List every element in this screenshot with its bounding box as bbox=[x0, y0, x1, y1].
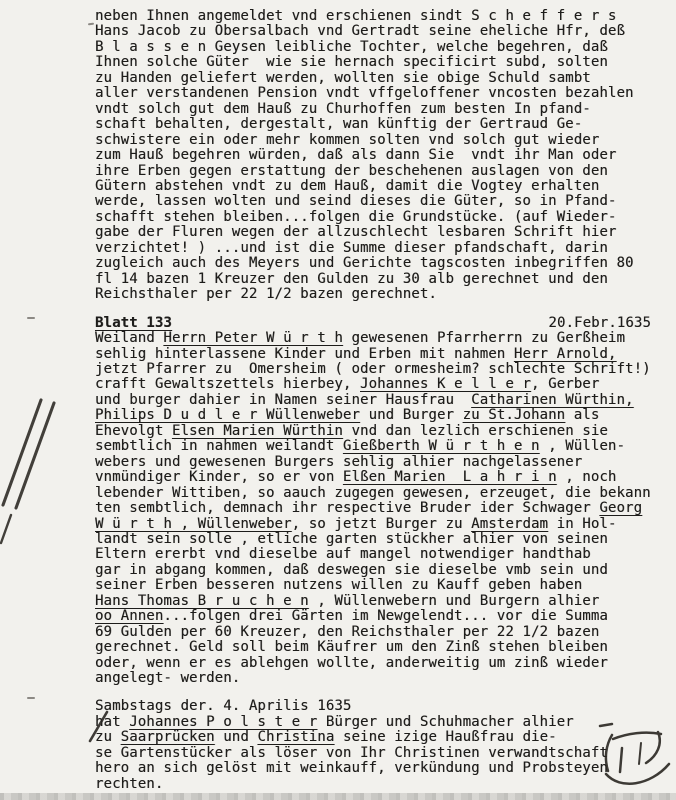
scan-speck bbox=[27, 317, 35, 319]
text-segment: zu Handen geliefert werden, wollten sie … bbox=[95, 70, 591, 86]
text-segment: Amsterdam bbox=[471, 516, 548, 532]
text-line: schafft stehen bleiben...folgen die Grun… bbox=[95, 210, 651, 225]
text-segment: schwistere ein oder mehr kommen solten v… bbox=[95, 132, 599, 148]
text-segment: , noch bbox=[557, 469, 617, 485]
text-line: verzichtet! ) ...und ist die Summe diese… bbox=[95, 241, 651, 256]
text-line: fl 14 bazen 1 Kreuzer den Gulden zu 30 a… bbox=[95, 272, 651, 287]
text-segment: aller verstandenen Pension vndt vffgelof… bbox=[95, 85, 634, 101]
text-segment: ten sembtlich, demnach ihr respective Br… bbox=[95, 500, 599, 516]
text-line: W ü r t h , Wüllenweber, so jetzt Burger… bbox=[95, 517, 651, 532]
text-segment: ihre Erben gegen erstattung der beschehe… bbox=[95, 163, 608, 179]
text-segment: Gütern abstehen vndt zu dem Hauß, damit … bbox=[95, 178, 599, 194]
text-line: gabe der Fluren wegen der allzuschlecht … bbox=[95, 225, 651, 240]
text-segment: angelegt- werden. bbox=[95, 670, 240, 686]
text-line: schaft behalten, dergestalt, wan künftig… bbox=[95, 117, 651, 132]
text-segment: Eltern ererbt vnd dieselbe auf mangel no… bbox=[95, 546, 591, 562]
text-segment: seiner Erben besseren nutzens willen zu … bbox=[95, 577, 582, 593]
text-segment: Philips D u d l e r Wüllenweber bbox=[95, 407, 360, 423]
text-line: Hans Jacob zu Obersalbach vnd Gertradt s… bbox=[95, 24, 651, 39]
text-segment: in Hol- bbox=[548, 516, 616, 532]
scan-speck bbox=[88, 23, 94, 26]
text-line: Eltern ererbt vnd dieselbe auf mangel no… bbox=[95, 547, 651, 562]
text-segment: hero an sich gelöst mit weinkauff, verkü… bbox=[95, 760, 608, 776]
text-segment: vndt solch gut dem Hauß zu Churhoffen zu… bbox=[95, 101, 591, 117]
text-segment: Johannes P o l s t e r bbox=[129, 714, 317, 730]
text-segment: Saarprücken bbox=[121, 729, 215, 745]
text-line: gerechnet. Geld soll beim Käufrer um den… bbox=[95, 640, 651, 655]
text-segment: 69 Gulden per 60 Kreuzer, den Reichsthal… bbox=[95, 624, 599, 640]
text-segment: , Wüllen- bbox=[540, 438, 626, 454]
text-segment: Sambstags der. 4. Aprilis 1635 bbox=[95, 698, 351, 714]
text-segment: Gießberth W ü r t h e n bbox=[343, 438, 540, 454]
text-segment: B l a s s e n Geysen leibliche Tochter, … bbox=[95, 39, 608, 55]
text-line: aller verstandenen Pension vndt vffgelof… bbox=[95, 86, 651, 101]
text-segment: webers und gewesenen Burgers sehlig alhi… bbox=[95, 454, 582, 470]
text-segment: Elßen Marien L a h r i n bbox=[343, 469, 557, 485]
text-segment: Christina bbox=[257, 729, 334, 745]
text-segment: zu St.Johann bbox=[463, 407, 566, 423]
text-segment: Georg bbox=[599, 500, 642, 516]
entry-heading: Blatt 13320.Febr.1635 bbox=[95, 316, 651, 331]
text-segment: gerechnet. Geld soll beim Käufrer um den… bbox=[95, 639, 608, 655]
text-segment: verzichtet! ) ...und ist die Summe diese… bbox=[95, 240, 608, 256]
text-line: sembtlich in nahmen weilandt Gießberth W… bbox=[95, 439, 651, 454]
text-line: vnmündiger Kinder, so er von Elßen Marie… bbox=[95, 470, 651, 485]
scan-speck bbox=[27, 697, 35, 699]
text-segment: Weiland bbox=[95, 330, 163, 346]
blatt-number: Blatt 133 bbox=[95, 316, 172, 331]
text-segment: Herr Arnold, bbox=[514, 346, 617, 362]
text-line: zu Handen geliefert werden, wollten sie … bbox=[95, 71, 651, 86]
text-line: Reichsthaler per 22 1/2 bazen gerechnet. bbox=[95, 287, 651, 302]
text-line: landt sein solle , etliche garten stückh… bbox=[95, 532, 651, 547]
text-line: neben Ihnen angemeldet vnd erschienen si… bbox=[95, 9, 651, 24]
text-segment: , Wüllenwebern und Burgern alhier bbox=[309, 593, 600, 609]
text-segment: oo Annen bbox=[95, 608, 163, 624]
text-segment: landt sein solle , etliche garten stückh… bbox=[95, 531, 608, 547]
text-line: gar in abgang kommen, daß deswegen sie d… bbox=[95, 563, 651, 578]
text-line: zu Saarprücken und Christina seine izige… bbox=[95, 730, 651, 745]
text-segment: Herrn Peter W ü r t h bbox=[163, 330, 343, 346]
text-segment: als bbox=[565, 407, 599, 423]
text-segment: seine izige Haußfrau die- bbox=[334, 729, 556, 745]
document-page: neben Ihnen angemeldet vnd erschienen si… bbox=[0, 0, 676, 800]
text-line: werde, lassen wolten und seind dieses di… bbox=[95, 194, 651, 209]
text-segment: lebender Wittiben, so aauch zugegen gewe… bbox=[95, 485, 651, 501]
text-line: oder, wenn er es ablehgen wollte, anderw… bbox=[95, 656, 651, 671]
text-line: rechten. bbox=[95, 777, 651, 792]
text-line: sehlig hinterlassene Kinder und Erben mi… bbox=[95, 347, 651, 362]
text-segment: Elsen Marien Würthin bbox=[172, 423, 343, 439]
text-segment: neben Ihnen angemeldet vnd erschienen si… bbox=[95, 8, 616, 24]
document-body: neben Ihnen angemeldet vnd erschienen si… bbox=[95, 9, 651, 792]
text-line: webers und gewesenen Burgers sehlig alhi… bbox=[95, 455, 651, 470]
text-line: ten sembtlich, demnach ihr respective Br… bbox=[95, 501, 651, 516]
text-line: und burger dahier in Namen seiner Hausfr… bbox=[95, 393, 651, 408]
text-segment: , so jetzt Burger zu bbox=[292, 516, 472, 532]
text-line: Gütern abstehen vndt zu dem Hauß, damit … bbox=[95, 179, 651, 194]
text-segment: Hans Jacob zu Obersalbach vnd Gertradt s… bbox=[95, 23, 625, 39]
text-segment: hat bbox=[95, 714, 129, 730]
text-line: se Gartenstücker als löser von Ihr Chris… bbox=[95, 746, 651, 761]
text-segment: Ihnen solche Güter wie sie hernach speci… bbox=[95, 54, 608, 70]
text-segment: und bbox=[215, 729, 258, 745]
text-segment: gewesenen Pfarrherrn zu Gerßheim bbox=[343, 330, 625, 346]
text-segment: gar in abgang kommen, daß deswegen sie d… bbox=[95, 562, 608, 578]
text-segment: crafft Gewaltszettels hierbey, bbox=[95, 376, 360, 392]
text-line: hat Johannes P o l s t e r Bürger und Sc… bbox=[95, 715, 651, 730]
text-line: Sambstags der. 4. Aprilis 1635 bbox=[95, 699, 651, 714]
text-segment: schaft behalten, dergestalt, wan künftig… bbox=[95, 116, 582, 132]
text-segment: und Burger bbox=[360, 407, 463, 423]
text-line: angelegt- werden. bbox=[95, 671, 651, 686]
text-segment: werde, lassen wolten und seind dieses di… bbox=[95, 193, 616, 209]
text-line: oo Annen...folgen drei Gärten im Newgele… bbox=[95, 609, 651, 624]
text-line: lebender Wittiben, so aauch zugegen gewe… bbox=[95, 486, 651, 501]
text-segment: vnd dan lezlich erschienen sie bbox=[343, 423, 608, 439]
text-segment: jetzt Pfarrer zu Omersheim ( oder ormesh… bbox=[95, 361, 651, 377]
text-segment: Catharinen Würthin, bbox=[471, 392, 633, 408]
text-segment: Bürger und Schuhmacher alhier bbox=[317, 714, 573, 730]
text-line: Hans Thomas B r u c h e n , Wüllenwebern… bbox=[95, 594, 651, 609]
text-segment: zum Hauß begehren würden, daß als dann S… bbox=[95, 147, 616, 163]
text-line: zum Hauß begehren würden, daß als dann S… bbox=[95, 148, 651, 163]
text-segment: zugleich auch des Meyers und Gerichte ta… bbox=[95, 255, 634, 271]
text-line: seiner Erben besseren nutzens willen zu … bbox=[95, 578, 651, 593]
text-segment: fl 14 bazen 1 Kreuzer den Gulden zu 30 a… bbox=[95, 271, 608, 287]
text-line: Philips D u d l e r Wüllenweber und Burg… bbox=[95, 408, 651, 423]
text-line: 69 Gulden per 60 Kreuzer, den Reichsthal… bbox=[95, 625, 651, 640]
text-line: schwistere ein oder mehr kommen solten v… bbox=[95, 133, 651, 148]
scanner-edge-band bbox=[0, 793, 676, 800]
text-line: Ihnen solche Güter wie sie hernach speci… bbox=[95, 55, 651, 70]
text-segment: ...folgen drei Gärten im Newgelendt... v… bbox=[163, 608, 608, 624]
text-segment: rechten. bbox=[95, 776, 163, 792]
text-segment: vnmündiger Kinder, so er von bbox=[95, 469, 343, 485]
paragraph-gap bbox=[95, 303, 651, 316]
text-segment: sehlig hinterlassene Kinder und Erben mi… bbox=[95, 346, 514, 362]
text-segment: oder, wenn er es ablehgen wollte, anderw… bbox=[95, 655, 608, 671]
text-line: Weiland Herrn Peter W ü r t h gewesenen … bbox=[95, 331, 651, 346]
text-segment: Johannes K e l l e r bbox=[360, 376, 531, 392]
text-segment: Reichsthaler per 22 1/2 bazen gerechnet. bbox=[95, 286, 437, 302]
text-line: vndt solch gut dem Hauß zu Churhoffen zu… bbox=[95, 102, 651, 117]
text-line: hero an sich gelöst mit weinkauff, verkü… bbox=[95, 761, 651, 776]
text-segment: , Gerber bbox=[531, 376, 599, 392]
text-line: crafft Gewaltszettels hierbey, Johannes … bbox=[95, 377, 651, 392]
text-line: Ehevolgt Elsen Marien Würthin vnd dan le… bbox=[95, 424, 651, 439]
text-line: zugleich auch des Meyers und Gerichte ta… bbox=[95, 256, 651, 271]
text-line: B l a s s e n Geysen leibliche Tochter, … bbox=[95, 40, 651, 55]
entry-date: 20.Febr.1635 bbox=[548, 316, 651, 331]
margin-double-slash-mark bbox=[1, 400, 54, 543]
text-segment: zu bbox=[95, 729, 121, 745]
text-line: ihre Erben gegen erstattung der beschehe… bbox=[95, 164, 651, 179]
text-segment: Ehevolgt bbox=[95, 423, 172, 439]
text-segment: gabe der Fluren wegen der allzuschlecht … bbox=[95, 224, 616, 240]
text-segment: se Gartenstücker als löser von Ihr Chris… bbox=[95, 745, 608, 761]
text-segment: sembtlich in nahmen weilandt bbox=[95, 438, 343, 454]
text-segment: schafft stehen bleiben...folgen die Grun… bbox=[95, 209, 616, 225]
text-segment: und burger dahier in Namen seiner Hausfr… bbox=[95, 392, 471, 408]
text-line: jetzt Pfarrer zu Omersheim ( oder ormesh… bbox=[95, 362, 651, 377]
text-segment: Hans Thomas B r u c h e n bbox=[95, 593, 309, 609]
text-segment: W ü r t h , Wüllenweber bbox=[95, 516, 292, 532]
